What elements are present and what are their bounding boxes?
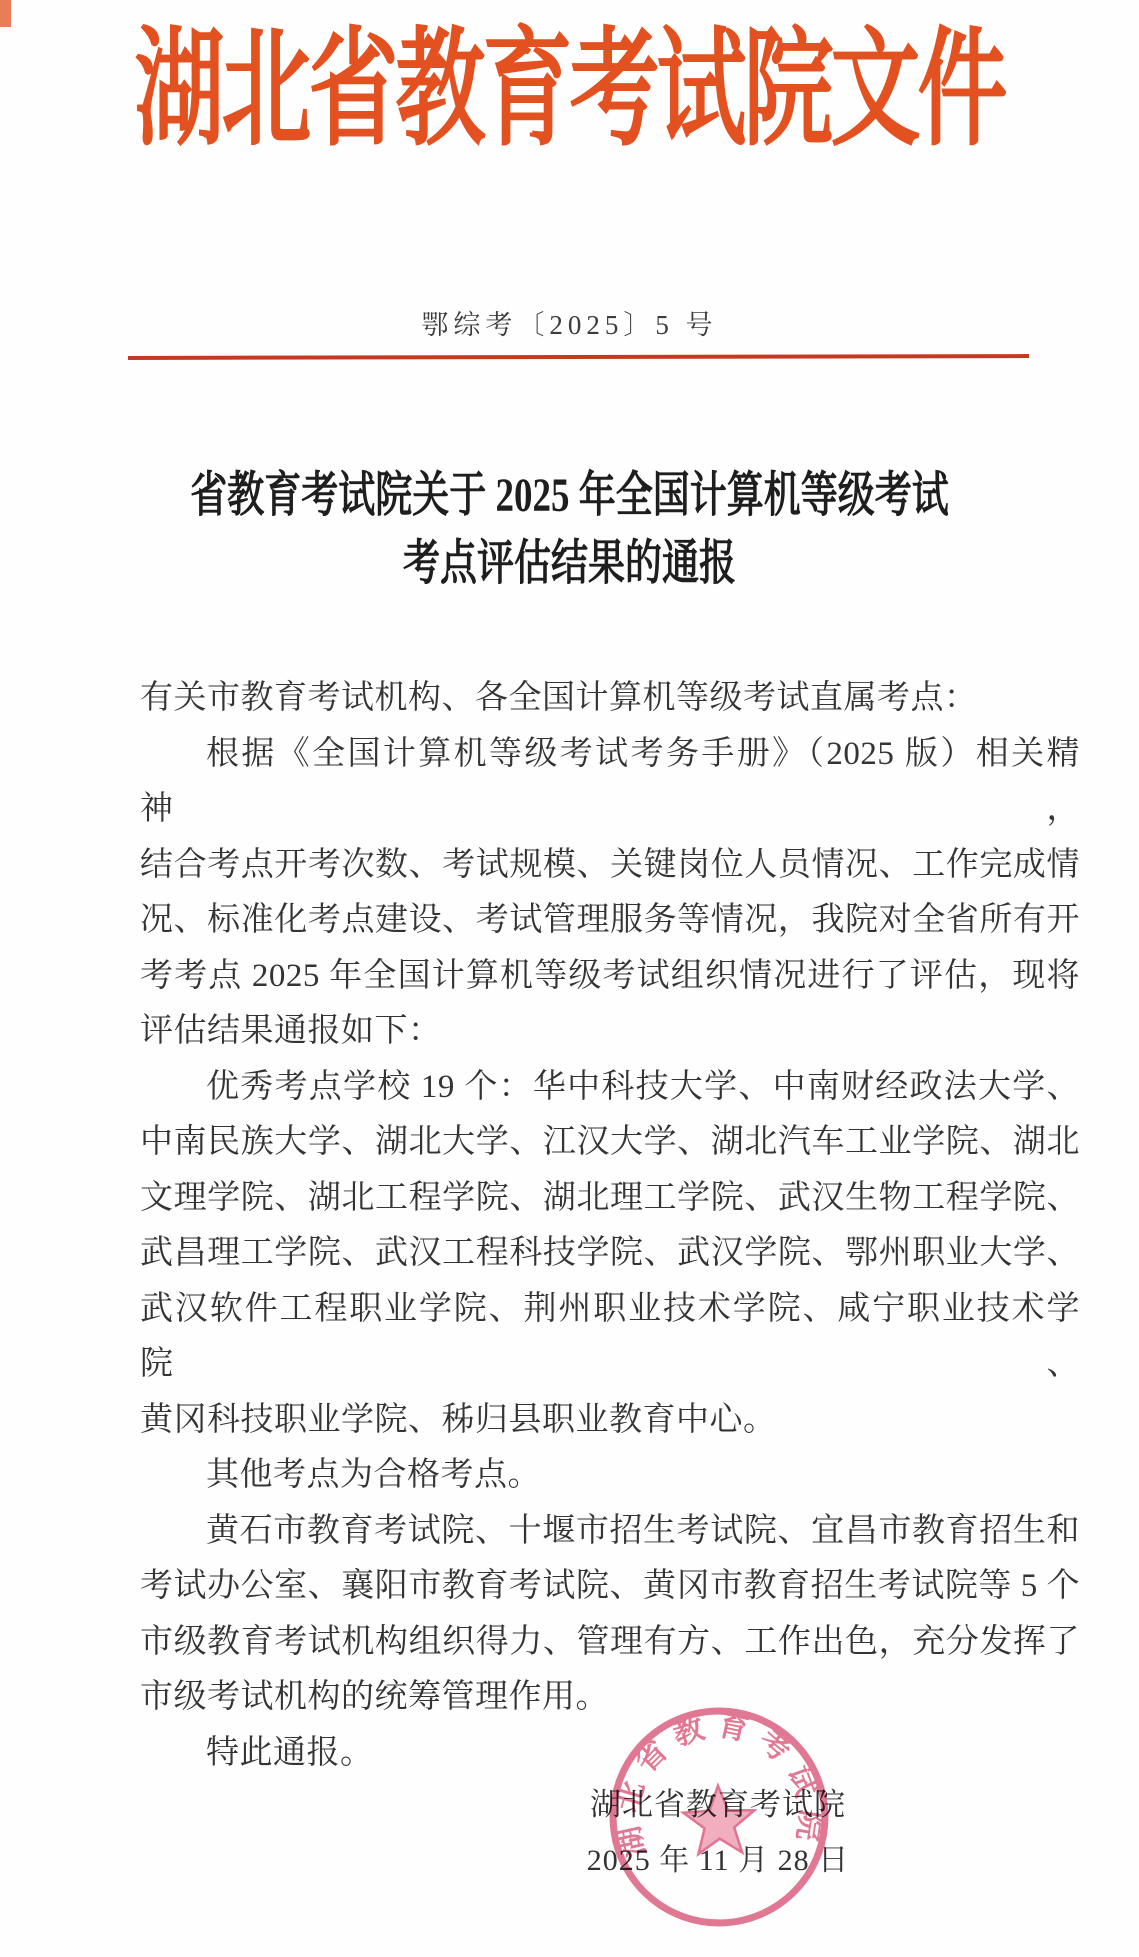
body-line: 评估结果通报如下： <box>140 1004 1080 1060</box>
agency-masthead-text: 湖北省教育考试院文件 <box>135 28 1005 156</box>
document-title-line1: 省教育考试院关于 2025 年全国计算机等级考试 <box>0 472 1139 509</box>
body-line: 文理学院、湖北工程学院、湖北理工学院、武汉生物工程学院、 <box>140 1171 1080 1227</box>
body-line: 有关市教育考试机构、各全国计算机等级考试直属考点： <box>140 671 1080 727</box>
body-line: 考试办公室、襄阳市教育考试院、黄冈市教育招生考试院等 5 个 <box>140 1559 1080 1615</box>
body-line: 武昌理工学院、武汉工程科技学院、武汉学院、鄂州职业大学、 <box>140 1226 1080 1282</box>
red-header-banner: 湖北省教育考试院文件 <box>0 28 1139 118</box>
document-title-line2: 考点评估结果的通报 <box>0 540 1139 577</box>
body-line: 市级教育考试机构组织得力、管理有方、工作出色，充分发挥了 <box>140 1615 1080 1671</box>
body-line: 优秀考点学校 19 个：华中科技大学、中南财经政法大学、 <box>140 1060 1080 1116</box>
body-line: 武汉软件工程职业学院、荆州职业技术学院、咸宁职业技术学院、 <box>140 1282 1080 1393</box>
body-line: 中南民族大学、湖北大学、江汉大学、湖北汽车工业学院、湖北 <box>140 1115 1080 1171</box>
scan-artifact-mark <box>0 0 11 27</box>
document-number: 鄂综考〔2025〕5 号 <box>0 303 1139 342</box>
body-line: 考考点 2025 年全国计算机等级考试组织情况进行了评估，现将 <box>140 949 1080 1005</box>
official-red-seal: 湖北省教育考试院 <box>600 1697 838 1937</box>
body-line: 其他考点为合格考点。 <box>140 1448 1080 1504</box>
document-page: 湖北省教育考试院文件 鄂综考〔2025〕5 号 省教育考试院关于 2025 年全… <box>0 0 1139 1957</box>
red-divider-line <box>128 354 1029 360</box>
body-line: 黄石市教育考试院、十堰市招生考试院、宜昌市教育招生和 <box>140 1504 1080 1560</box>
body-line: 根据《全国计算机等级考试考务手册》（2025 版）相关精神， <box>140 727 1080 838</box>
body-text: 有关市教育考试机构、各全国计算机等级考试直属考点：根据《全国计算机等级考试考务手… <box>140 671 1080 1781</box>
body-line: 黄冈科技职业学院、秭归县职业教育中心。 <box>140 1393 1080 1449</box>
document-title-line1-text: 省教育考试院关于 2025 年全国计算机等级考试 <box>190 472 949 520</box>
document-title-line2-text: 考点评估结果的通报 <box>403 540 736 588</box>
seal-star-icon <box>682 1785 755 1855</box>
body-line: 况、标准化考点建设、考试管理服务等情况，我院对全省所有开 <box>140 893 1080 949</box>
body-line: 结合考点开考次数、考试规模、关键岗位人员情况、工作完成情 <box>140 838 1080 894</box>
